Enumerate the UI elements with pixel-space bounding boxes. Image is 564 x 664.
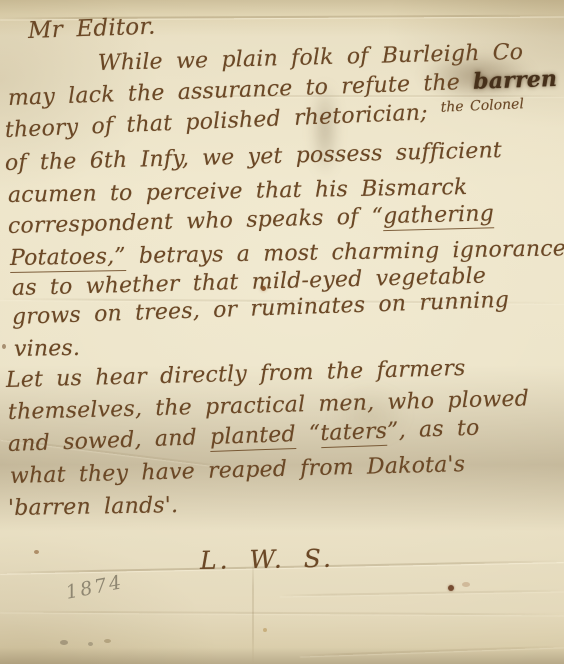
fold-crease xyxy=(0,611,564,616)
letter-signature: L. W. S. xyxy=(200,544,334,575)
pencil-speck xyxy=(104,639,111,643)
letter-line: of the 6th Infy, we yet possess sufficie… xyxy=(5,138,503,176)
smudged-word-barren: barren xyxy=(473,66,558,95)
underlined-word-planted: planted xyxy=(210,422,297,452)
underlined-word-taters: taters xyxy=(320,419,388,448)
pencil-speck xyxy=(88,642,93,646)
letter-text: correspondent who speaks of “ xyxy=(8,204,384,239)
letter-line: vines. xyxy=(14,336,81,362)
fold-crease xyxy=(280,590,564,597)
stain-dot xyxy=(2,344,6,349)
letter-text: Let us hear directly from the farmers xyxy=(6,356,466,393)
letter-line: 'barren lands'. xyxy=(8,493,179,521)
letter-text: 'barren lands'. xyxy=(8,493,179,521)
stain-dot xyxy=(448,585,454,591)
letter-text: Mr Editor. xyxy=(28,14,156,44)
letter-text: “ xyxy=(295,421,320,447)
stain-dot xyxy=(462,582,470,587)
letter-line: Let us hear directly from the farmers xyxy=(6,356,466,393)
letter-text: vines. xyxy=(14,336,81,362)
letter-salutation: Mr Editor. xyxy=(28,14,156,44)
letter-text: of the 6th Infy, we yet possess sufficie… xyxy=(5,138,503,176)
stain-dot xyxy=(34,550,39,554)
letter-line: correspondent who speaks of “gathering xyxy=(8,201,495,239)
year-text: 1874 xyxy=(64,571,125,604)
underlined-word-gathering: gathering xyxy=(383,201,495,231)
letter-text: and sowed, and xyxy=(8,425,211,457)
pencil-year-annotation: 1874 xyxy=(64,571,125,604)
pencil-speck xyxy=(60,640,68,645)
letter-text: ”, as to xyxy=(387,416,480,444)
letter-text: what they have reaped from Dakota's xyxy=(10,452,466,489)
stain-dot xyxy=(263,628,267,632)
letter-line: what they have reaped from Dakota's xyxy=(10,452,466,489)
signature-initials: L. W. S. xyxy=(200,544,334,575)
fold-crease xyxy=(300,645,564,656)
interlined-words-the-colonel: the Colonel xyxy=(440,96,524,115)
underlined-word-potatoes: Potatoes,” xyxy=(10,244,126,273)
letter-text: betrays a most charming ignorance xyxy=(126,236,564,269)
letter-page: Mr Editor. While we plain folk of Burlei… xyxy=(0,0,564,664)
